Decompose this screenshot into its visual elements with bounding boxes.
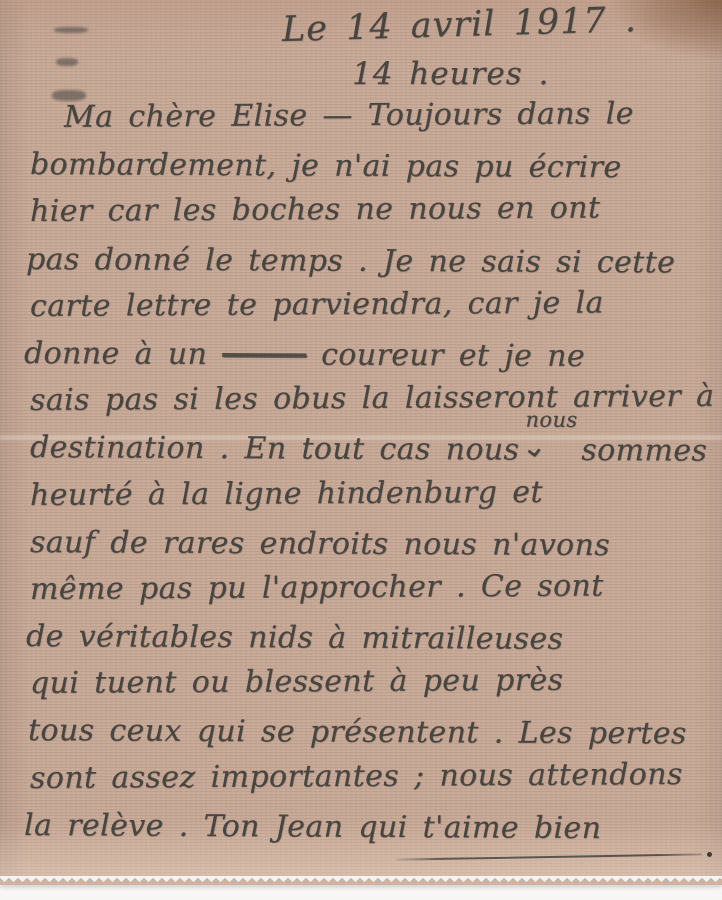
letter-line: carte lettre te parviendra, car je la xyxy=(30,279,714,330)
line-text: sommes xyxy=(581,433,707,469)
letter-line-signature: la relève . Ton Jean qui t'aime bien xyxy=(24,802,714,853)
date-line: Le 14 avril 1917 . xyxy=(281,0,637,50)
caret-mark: ⌄ xyxy=(520,432,549,463)
letter-line: qui tuent ou blessent à peu près xyxy=(30,656,714,707)
letter-line-salutation: Ma chère Elise — Toujours dans le xyxy=(30,90,714,141)
line-text: donne à un xyxy=(24,336,222,372)
letter-body: Ma chère Elise — Toujours dans le bombar… xyxy=(30,94,714,849)
crossed-out-word: ——— xyxy=(222,337,306,372)
time-line: 14 heures . xyxy=(352,56,549,92)
letter-line: sais pas si les obus la laisseront arriv… xyxy=(30,373,714,424)
signature-underline xyxy=(396,853,702,861)
smudge-mark xyxy=(56,58,78,66)
letter-line: sont assez importantes ; nous attendons xyxy=(30,750,714,801)
letter-paper: Le 14 avril 1917 . 14 heures . Ma chère … xyxy=(0,0,722,876)
scanned-letter-page: { "letter": { "date_line": "Le 14 avril … xyxy=(0,0,722,900)
interlinear-insertion: nous⌄ xyxy=(519,450,581,460)
smudge-mark xyxy=(54,27,88,33)
inserted-word: nous xyxy=(525,410,577,430)
letter-line: même pas pu l'approcher . Ce sont xyxy=(30,562,714,613)
perforated-edge xyxy=(0,876,722,885)
letter-line: heurté à la ligne hindenburg et xyxy=(30,467,714,518)
line-text: coureur et je ne xyxy=(306,337,585,373)
signature-end-dot xyxy=(707,852,712,857)
letter-line: hier car les boches ne nous en ont xyxy=(30,184,714,235)
line-text: destination . En tout cas nous xyxy=(30,430,520,468)
